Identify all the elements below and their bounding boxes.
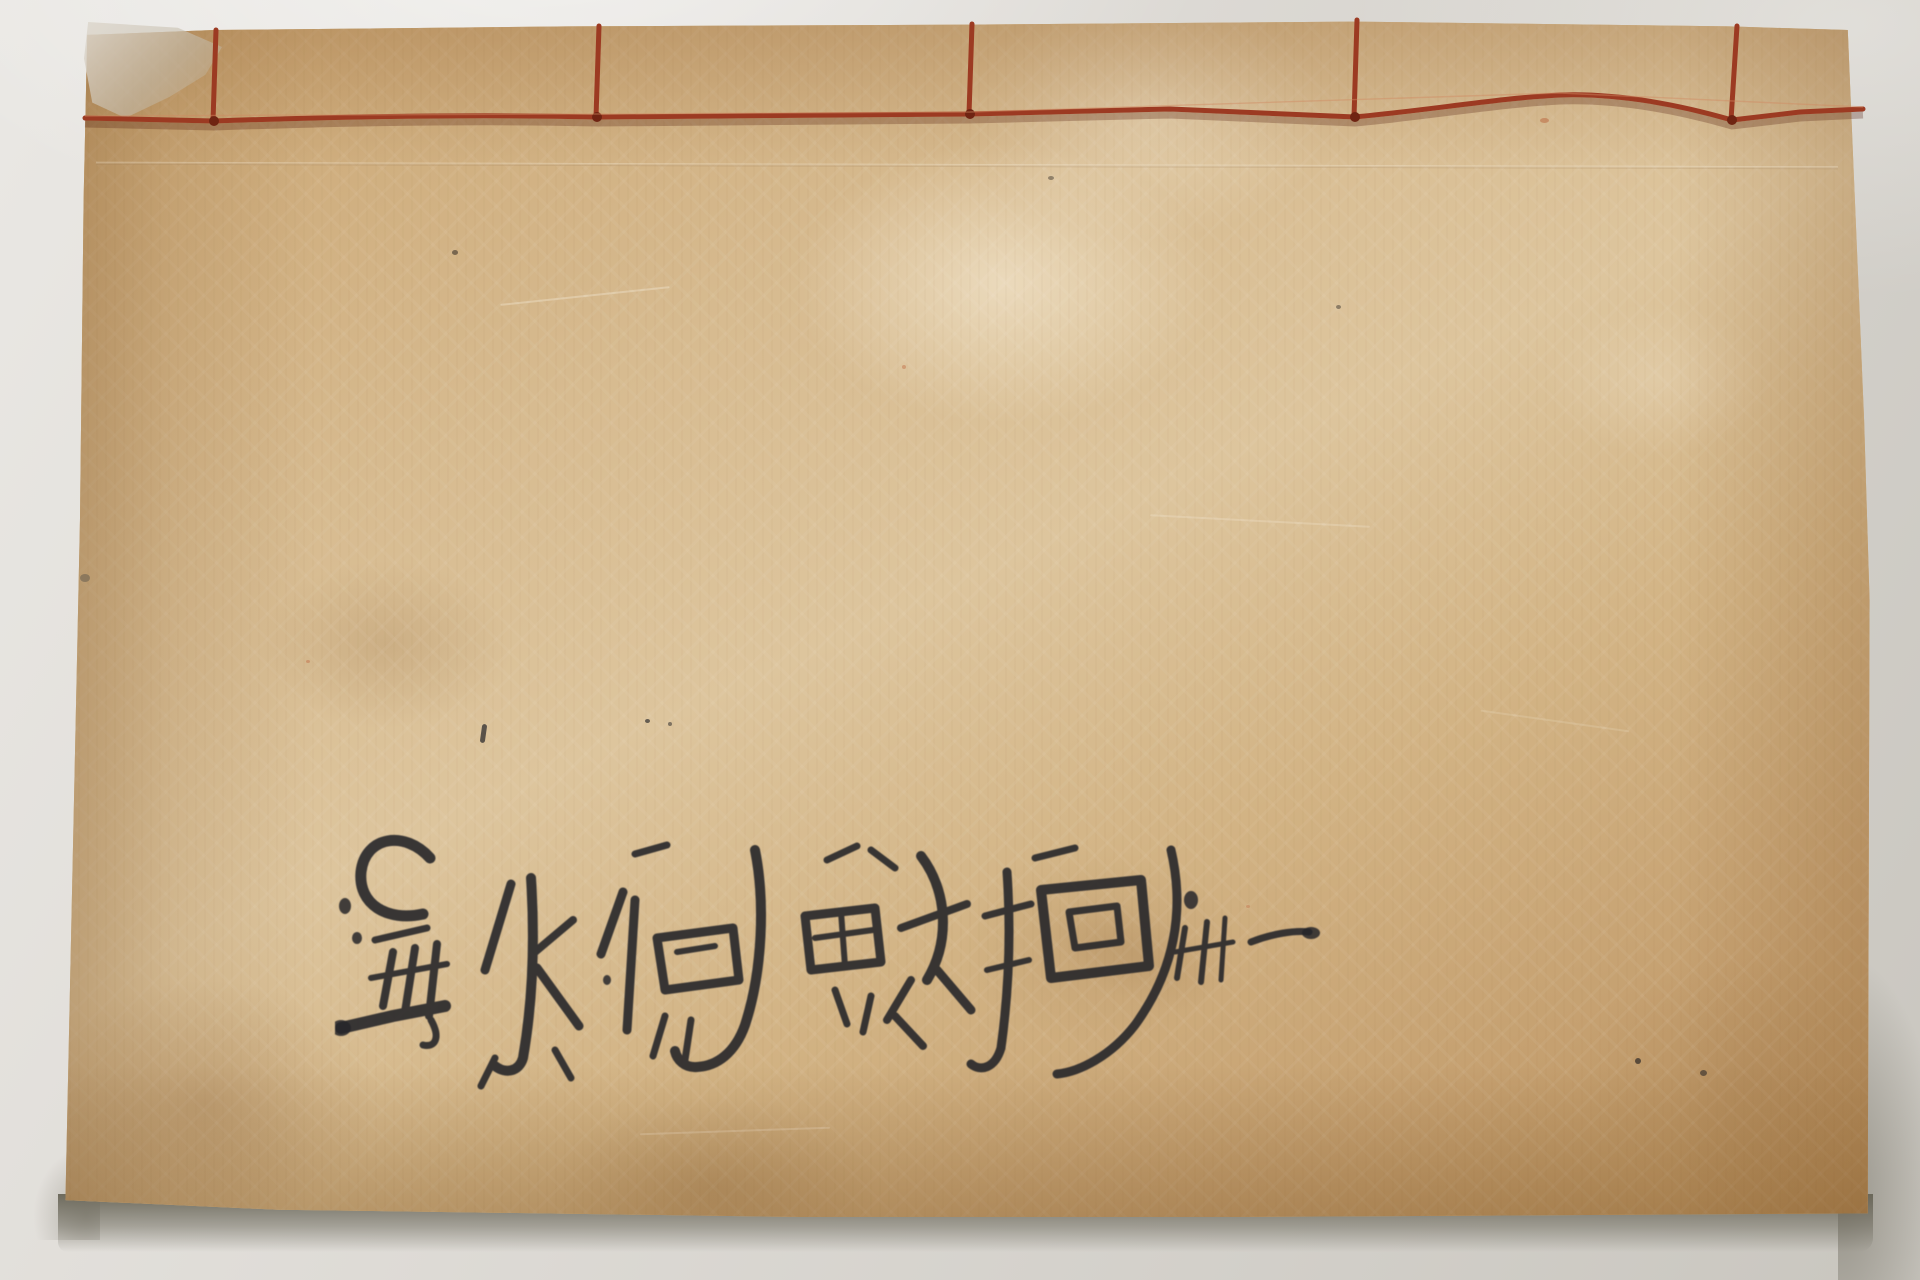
paper-speck [1635, 1058, 1641, 1064]
paper-speck [1048, 176, 1054, 180]
stitch-loop-4 [1354, 20, 1357, 117]
red-fleck [306, 660, 310, 663]
paper-speck [80, 574, 90, 582]
red-fleck [902, 365, 906, 369]
stitch-loop-3 [969, 24, 972, 114]
inscription-strokes [341, 840, 1309, 1086]
red-fleck [1540, 118, 1549, 123]
paper-speck [1700, 1070, 1707, 1076]
stitch-loop-5 [1731, 26, 1737, 120]
stitch-loop-2 [596, 26, 599, 117]
paper-speck [645, 719, 650, 723]
stitch-loop-1 [213, 30, 216, 121]
photo-of-book [0, 0, 1920, 1280]
red-fleck [1246, 905, 1250, 908]
binding-thread [0, 0, 1920, 210]
paper-speck [1336, 305, 1341, 309]
paper-speck [668, 722, 672, 726]
ink-inscription [335, 820, 1320, 1105]
paper-speck [452, 250, 458, 255]
